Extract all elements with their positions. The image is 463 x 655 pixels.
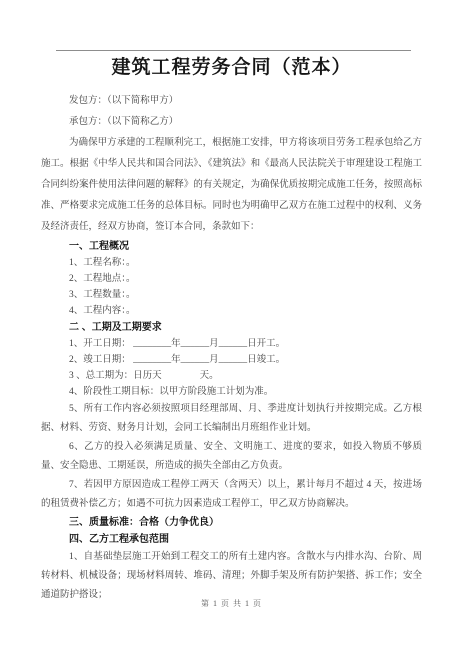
intro-paragraph: 为确保甲方承建的工程顺利完工，根据施工安排，甲方将该项目劳务工程承包给乙方施工。… [41,133,422,238]
clause-total-duration: 3 、总工期为：日历天 天。 [41,368,422,384]
clause-scope-of-work: 1、自基础垫层施工开始到工程交工的所有土建内容。含散水与内排水沟、台阶、周转材料… [41,548,422,605]
document-body: 建筑工程劳务合同（范本） 发包方：（以下简称甲方） 承包方：（以下简称乙方） 为… [41,55,422,605]
clause-project-content: 4、工程内容：。 [41,303,422,319]
header-divider [56,50,411,51]
clause-party-b-input: 6、乙方的投入必须满足质量、安全、文明施工、进度的要求，如投入物质不够质量、安全… [41,438,422,476]
document-title: 建筑工程劳务合同（范本） [41,55,422,81]
clause-completion-date: 2、竣工日期： ________年______月______日竣工。 [41,352,422,368]
section-heading-quality-standard: 三、质量标准：合格（力争优良） [41,514,422,531]
clause-project-quantity: 3、工程数量：。 [41,287,422,303]
clause-project-location: 2、工程地点：。 [41,271,422,287]
clause-project-name: 1、工程名称：。 [41,255,422,271]
clause-phase-targets: 4、阶段性工期目标：以甲方阶段施工计划为准。 [41,384,422,400]
clause-stoppage-compensation: 7、若因甲方原因造成工程停工两天（含两天）以上，累计每月不超过 4 天，按进场的… [41,476,422,514]
section-heading-schedule-requirements: 二 、工期及工期要求 [41,319,422,336]
section-heading-project-overview: 一、工程概况 [41,238,422,255]
party-b-line: 承包方：（以下简称乙方） [41,112,422,133]
clause-work-plan: 5、所有工作内容必须按照项目经理部周、月、季进度计划执行并按期完成。乙方根据、材… [41,400,422,438]
contract-document-page: 建筑工程劳务合同（范本） 发包方：（以下简称甲方） 承包方：（以下简称乙方） 为… [0,0,463,655]
party-a-line: 发包方：（以下简称甲方） [41,91,422,112]
clause-start-date: 1、开工日期： ________年______月______日开工。 [41,336,422,352]
page-number-indicator: 第 1 页 共 1 页 [0,598,463,610]
section-heading-contract-scope: 四、乙方工程承包范围 [41,531,422,548]
